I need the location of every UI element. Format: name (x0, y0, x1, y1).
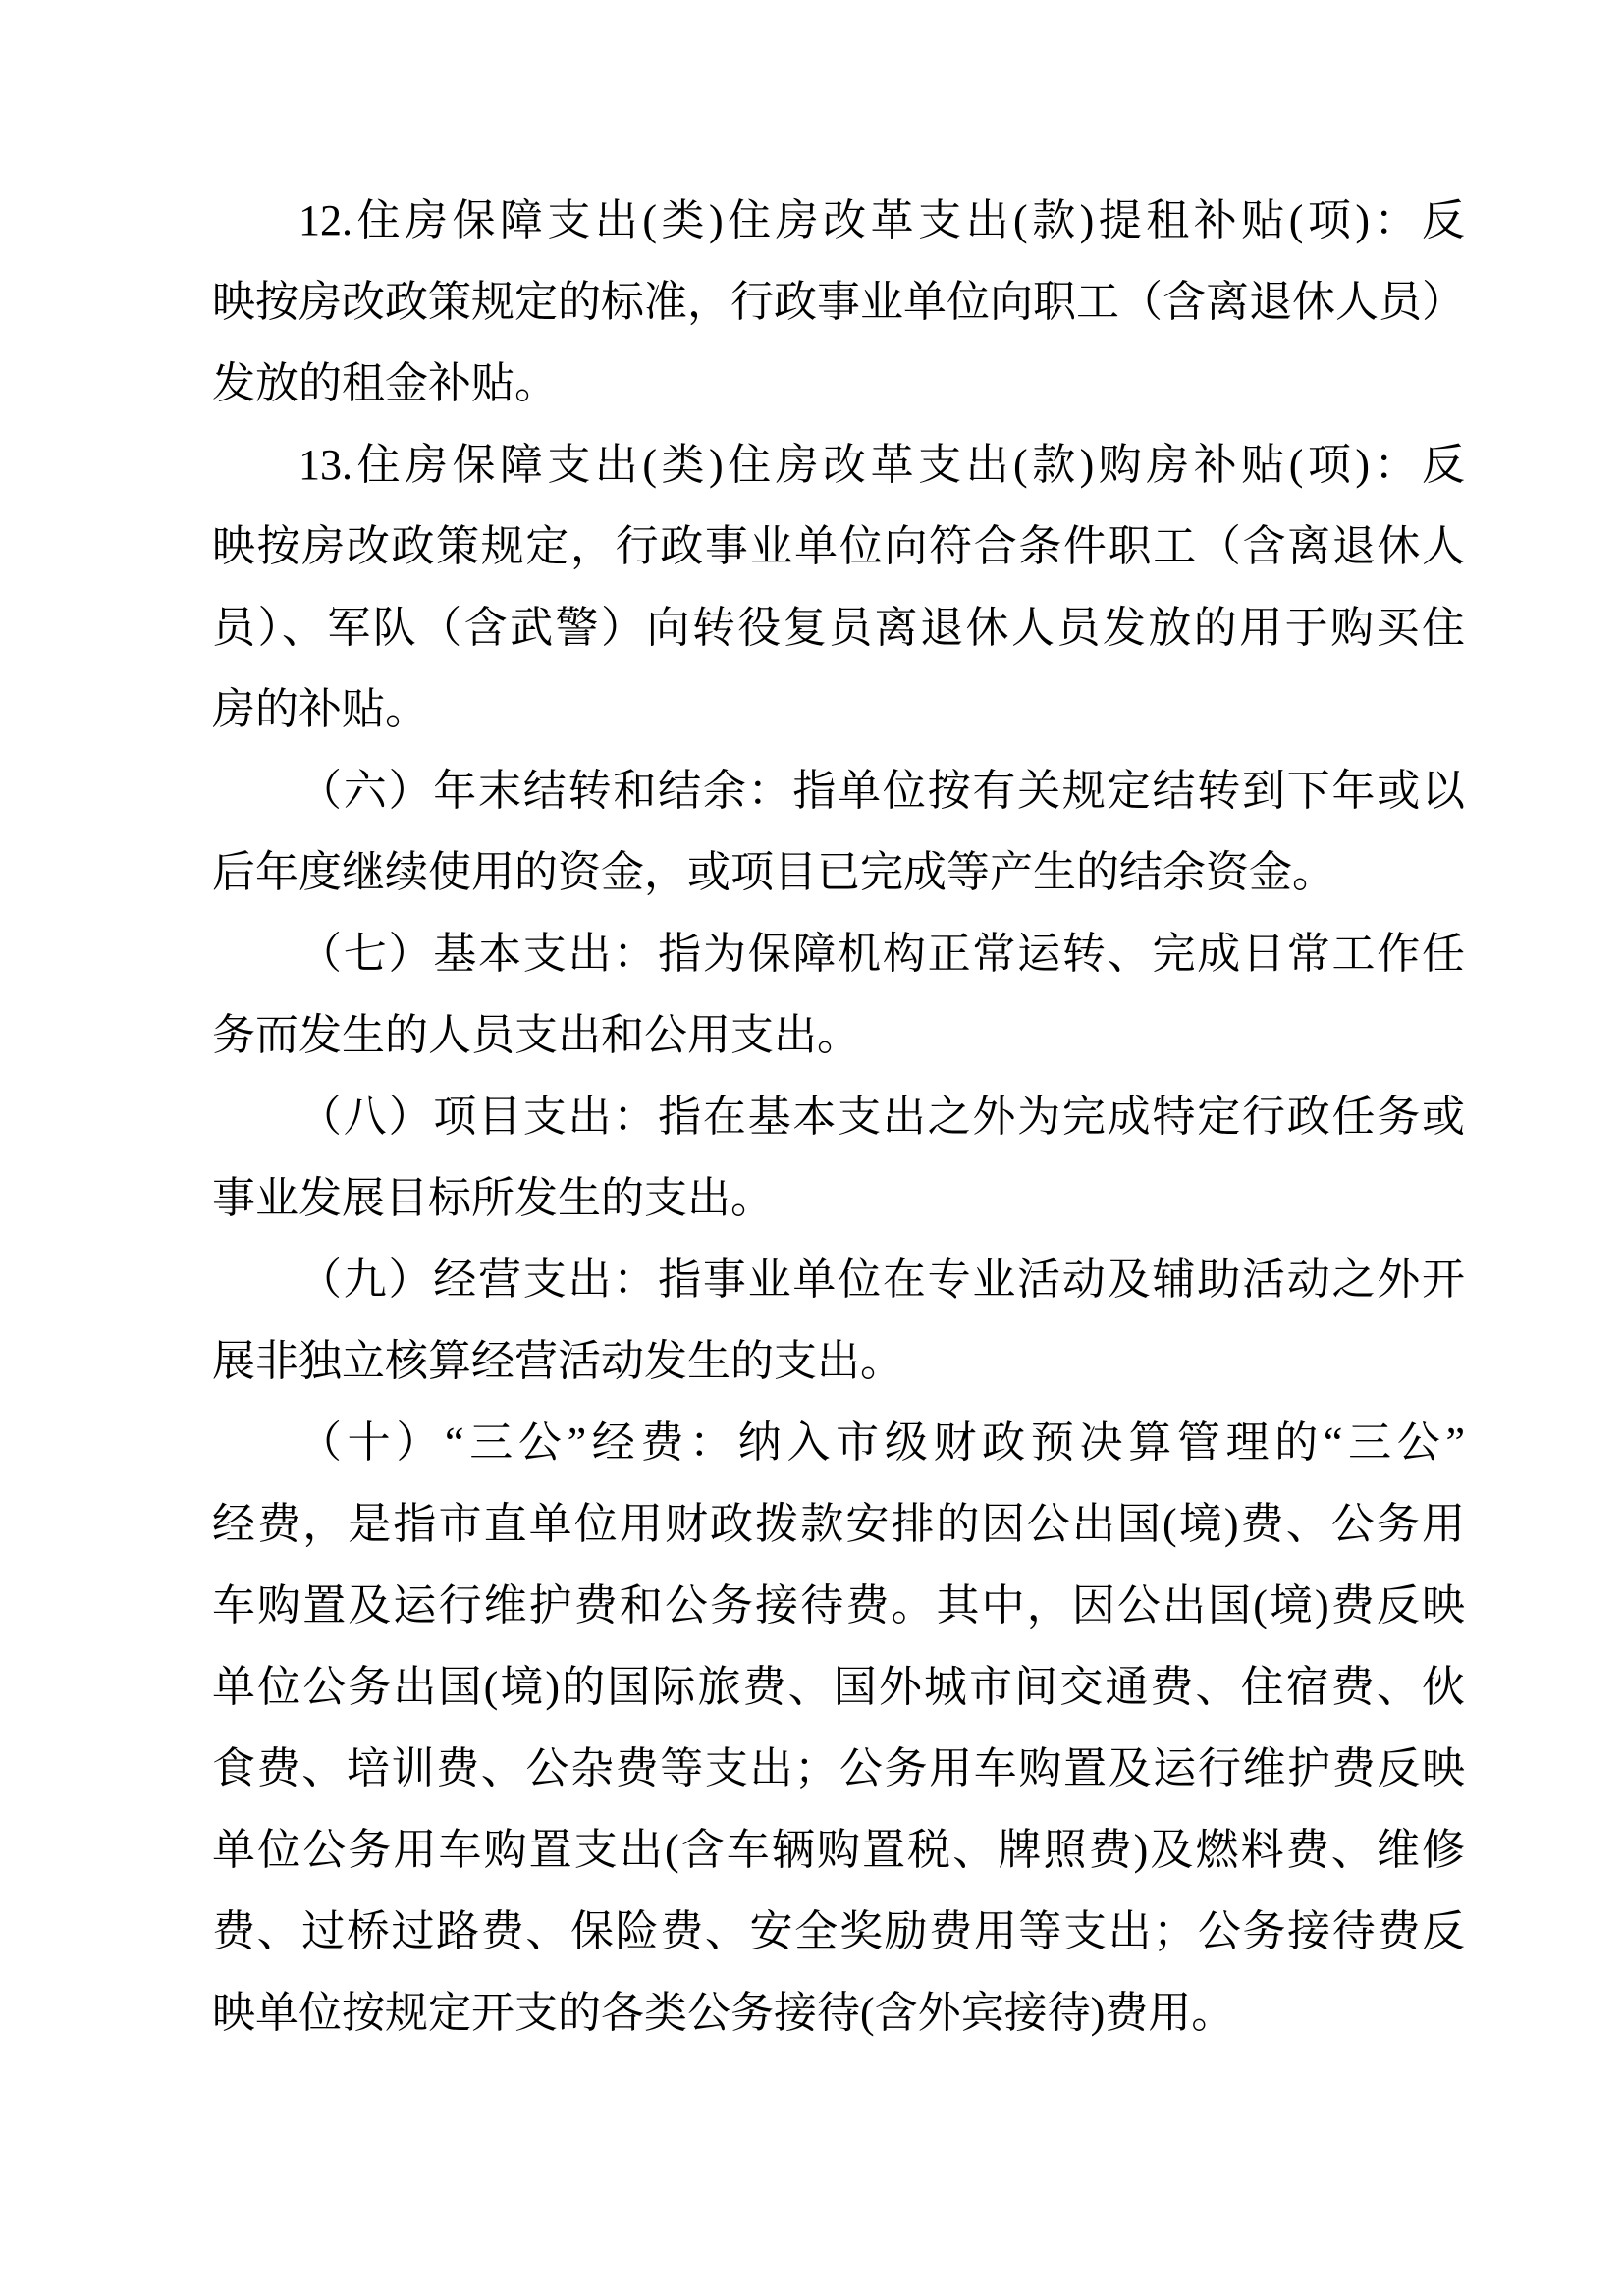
doc-line: 后年度继续使用的资金，或项目已完成等产生的结余资金。 (212, 831, 1465, 913)
paragraph-item-9: （九）经营支出：指事业单位在专业活动及辅助活动之外开 展非独立核算经营活动发生的… (212, 1239, 1465, 1402)
doc-line: 13.住房保障支出(类)住房改革支出(款)购房补贴(项)：反 (212, 424, 1465, 506)
paragraph-item-10: （十）“三公”经费：纳入市级财政预决算管理的“三公” 经费，是指市直单位用财政拨… (212, 1402, 1465, 2054)
doc-line: 经费，是指市直单位用财政拨款安排的因公出国(境)费、公务用 (212, 1483, 1465, 1565)
doc-line: 务而发生的人员支出和公用支出。 (212, 994, 1465, 1076)
paragraph-item-7: （七）基本支出：指为保障机构正常运转、完成日常工作任 务而发生的人员支出和公用支… (212, 913, 1465, 1076)
doc-line: 映单位按规定开支的各类公务接待(含外宾接待)费用。 (212, 1972, 1465, 2054)
doc-line: 映按房改政策规定，行政事业单位向符合条件职工（含离退休人 (212, 506, 1465, 587)
paragraph-item-6: （六）年末结转和结余：指单位按有关规定结转到下年或以 后年度继续使用的资金，或项… (212, 750, 1465, 913)
doc-line: 映按房改政策规定的标准，行政事业单位向职工（含离退休人员） (212, 261, 1465, 343)
doc-line: 发放的租金补贴。 (212, 343, 1465, 424)
doc-line: 展非独立核算经营活动发生的支出。 (212, 1320, 1465, 1402)
doc-line: 单位公务用车购置支出(含车辆购置税、牌照费)及燃料费、维修 (212, 1809, 1465, 1891)
doc-line: 12.住房保障支出(类)住房改革支出(款)提租补贴(项)：反 (212, 180, 1465, 261)
doc-line: 员）、军队（含武警）向转役复员离退休人员发放的用于购买住 (212, 587, 1465, 668)
doc-line: 事业发展目标所发生的支出。 (212, 1157, 1465, 1239)
doc-line: 房的补贴。 (212, 668, 1465, 750)
doc-line: （七）基本支出：指为保障机构正常运转、完成日常工作任 (212, 913, 1465, 994)
doc-line: （八）项目支出：指在基本支出之外为完成特定行政任务或 (212, 1076, 1465, 1157)
paragraph-item-8: （八）项目支出：指在基本支出之外为完成特定行政任务或 事业发展目标所发生的支出。 (212, 1076, 1465, 1239)
doc-line: （九）经营支出：指事业单位在专业活动及辅助活动之外开 (212, 1239, 1465, 1320)
doc-line: （十）“三公”经费：纳入市级财政预决算管理的“三公” (212, 1402, 1465, 1483)
doc-line: 单位公务出国(境)的国际旅费、国外城市间交通费、住宿费、伙 (212, 1646, 1465, 1728)
doc-line: 费、过桥过路费、保险费、安全奖励费用等支出；公务接待费反 (212, 1891, 1465, 1972)
paragraph-item-12: 12.住房保障支出(类)住房改革支出(款)提租补贴(项)：反 映按房改政策规定的… (212, 180, 1465, 424)
doc-line: （六）年末结转和结余：指单位按有关规定结转到下年或以 (212, 750, 1465, 831)
doc-line: 食费、培训费、公杂费等支出；公务用车购置及运行维护费反映 (212, 1728, 1465, 1809)
document-page: 12.住房保障支出(类)住房改革支出(款)提租补贴(项)：反 映按房改政策规定的… (0, 0, 1623, 2296)
doc-line: 车购置及运行维护费和公务接待费。其中，因公出国(境)费反映 (212, 1565, 1465, 1646)
paragraph-item-13: 13.住房保障支出(类)住房改革支出(款)购房补贴(项)：反 映按房改政策规定，… (212, 424, 1465, 750)
document-body: 12.住房保障支出(类)住房改革支出(款)提租补贴(项)：反 映按房改政策规定的… (212, 180, 1465, 2054)
